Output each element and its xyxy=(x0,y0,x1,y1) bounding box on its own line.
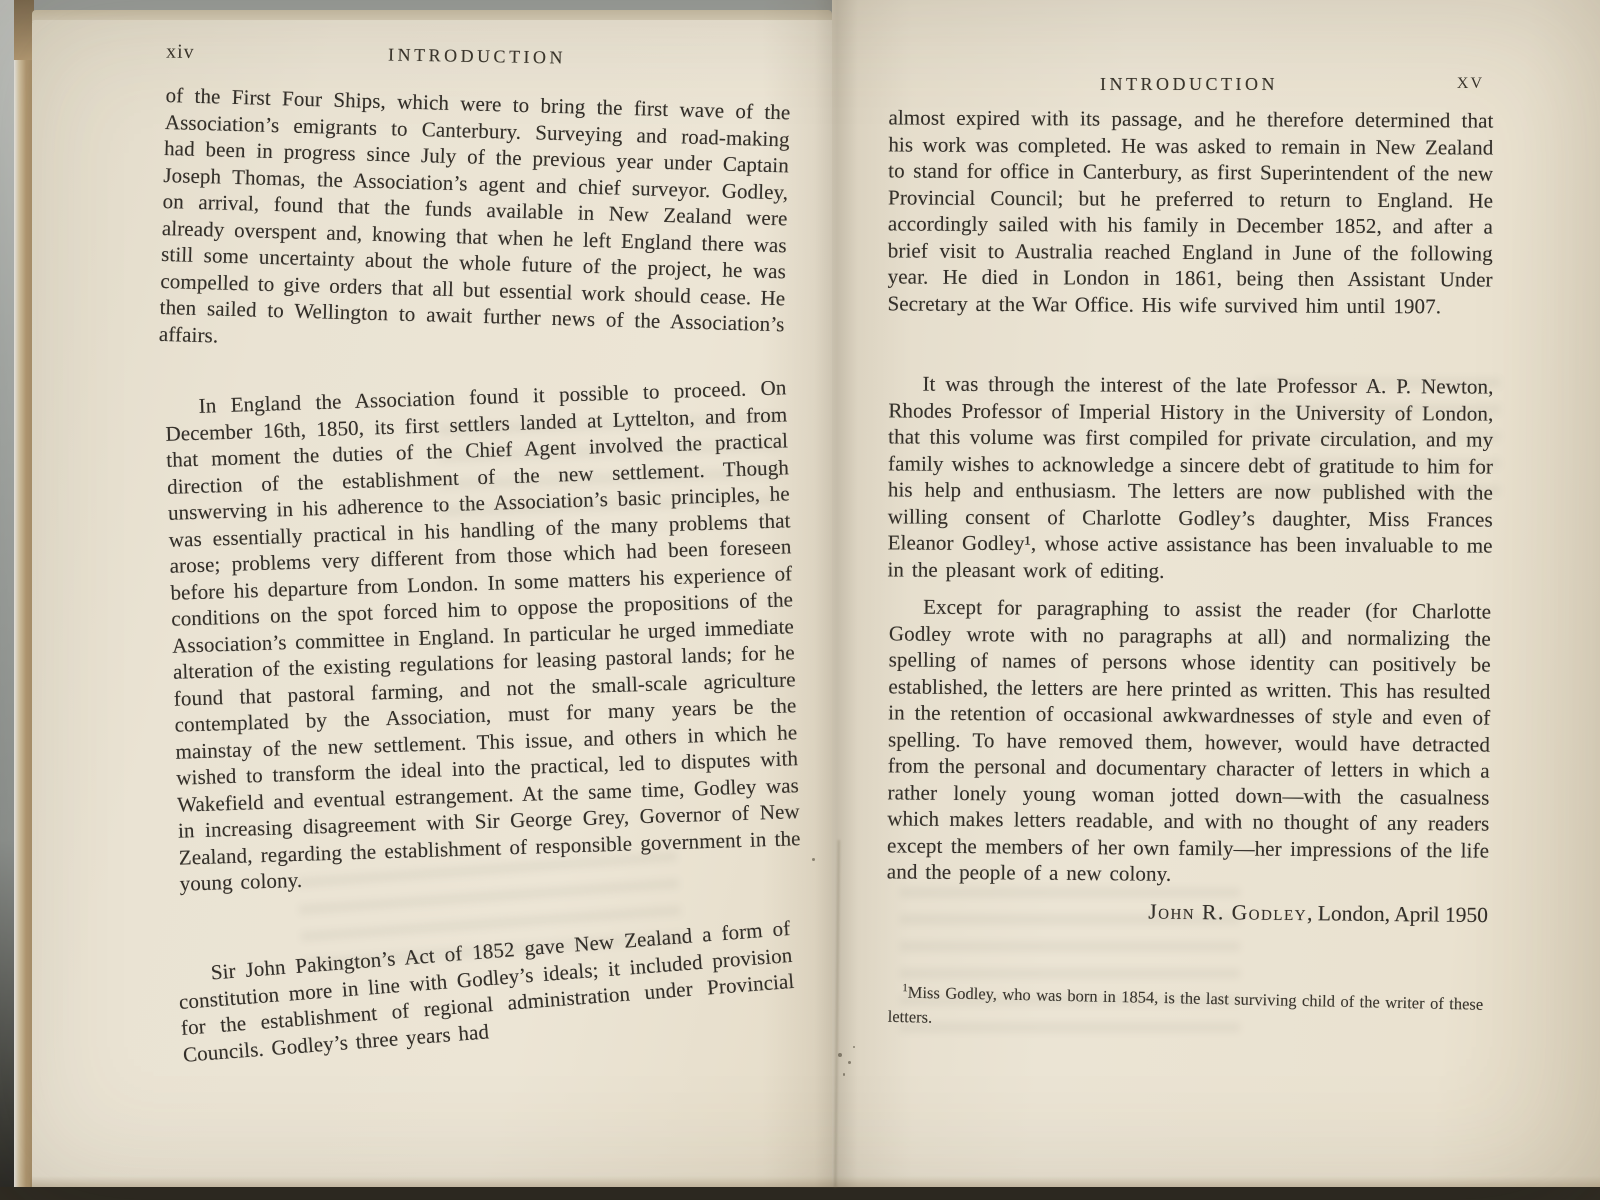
footnote-text: Miss Godley, who was born in 1854, is th… xyxy=(888,983,1484,1027)
right-page-number: XV xyxy=(1457,75,1484,93)
paragraph-left-1: of the First Four Ships, which were to b… xyxy=(159,82,791,364)
running-header-right: INTRODUCTION xyxy=(888,74,1490,95)
book-cover-edge xyxy=(14,0,34,1200)
paragraph-left-2: In England the Association found it poss… xyxy=(164,374,802,897)
ink-speck xyxy=(853,1046,855,1048)
left-page-number: xiv xyxy=(166,41,195,64)
paragraph-right-2: It was through the interest of the late … xyxy=(887,370,1493,585)
ink-speck xyxy=(843,1073,845,1076)
ink-speck xyxy=(848,1061,851,1064)
ink-speck xyxy=(838,1053,842,1057)
right-page-header: INTRODUCTION XV xyxy=(888,74,1490,100)
ink-speck xyxy=(812,858,815,861)
signature-name: John R. Godley xyxy=(1148,900,1307,926)
paragraph-right-3: Except for paragraphing to assist the re… xyxy=(887,593,1492,890)
signature-rest: , London, April 1950 xyxy=(1307,901,1488,927)
book-photo: xiv INTRODUCTION of the First Four Ships… xyxy=(0,0,1600,1200)
paragraph-right-1: almost expired with its passage, and he … xyxy=(887,104,1493,319)
book-cover-edge-top xyxy=(14,0,34,60)
table-shadow-strip xyxy=(0,1187,1600,1200)
